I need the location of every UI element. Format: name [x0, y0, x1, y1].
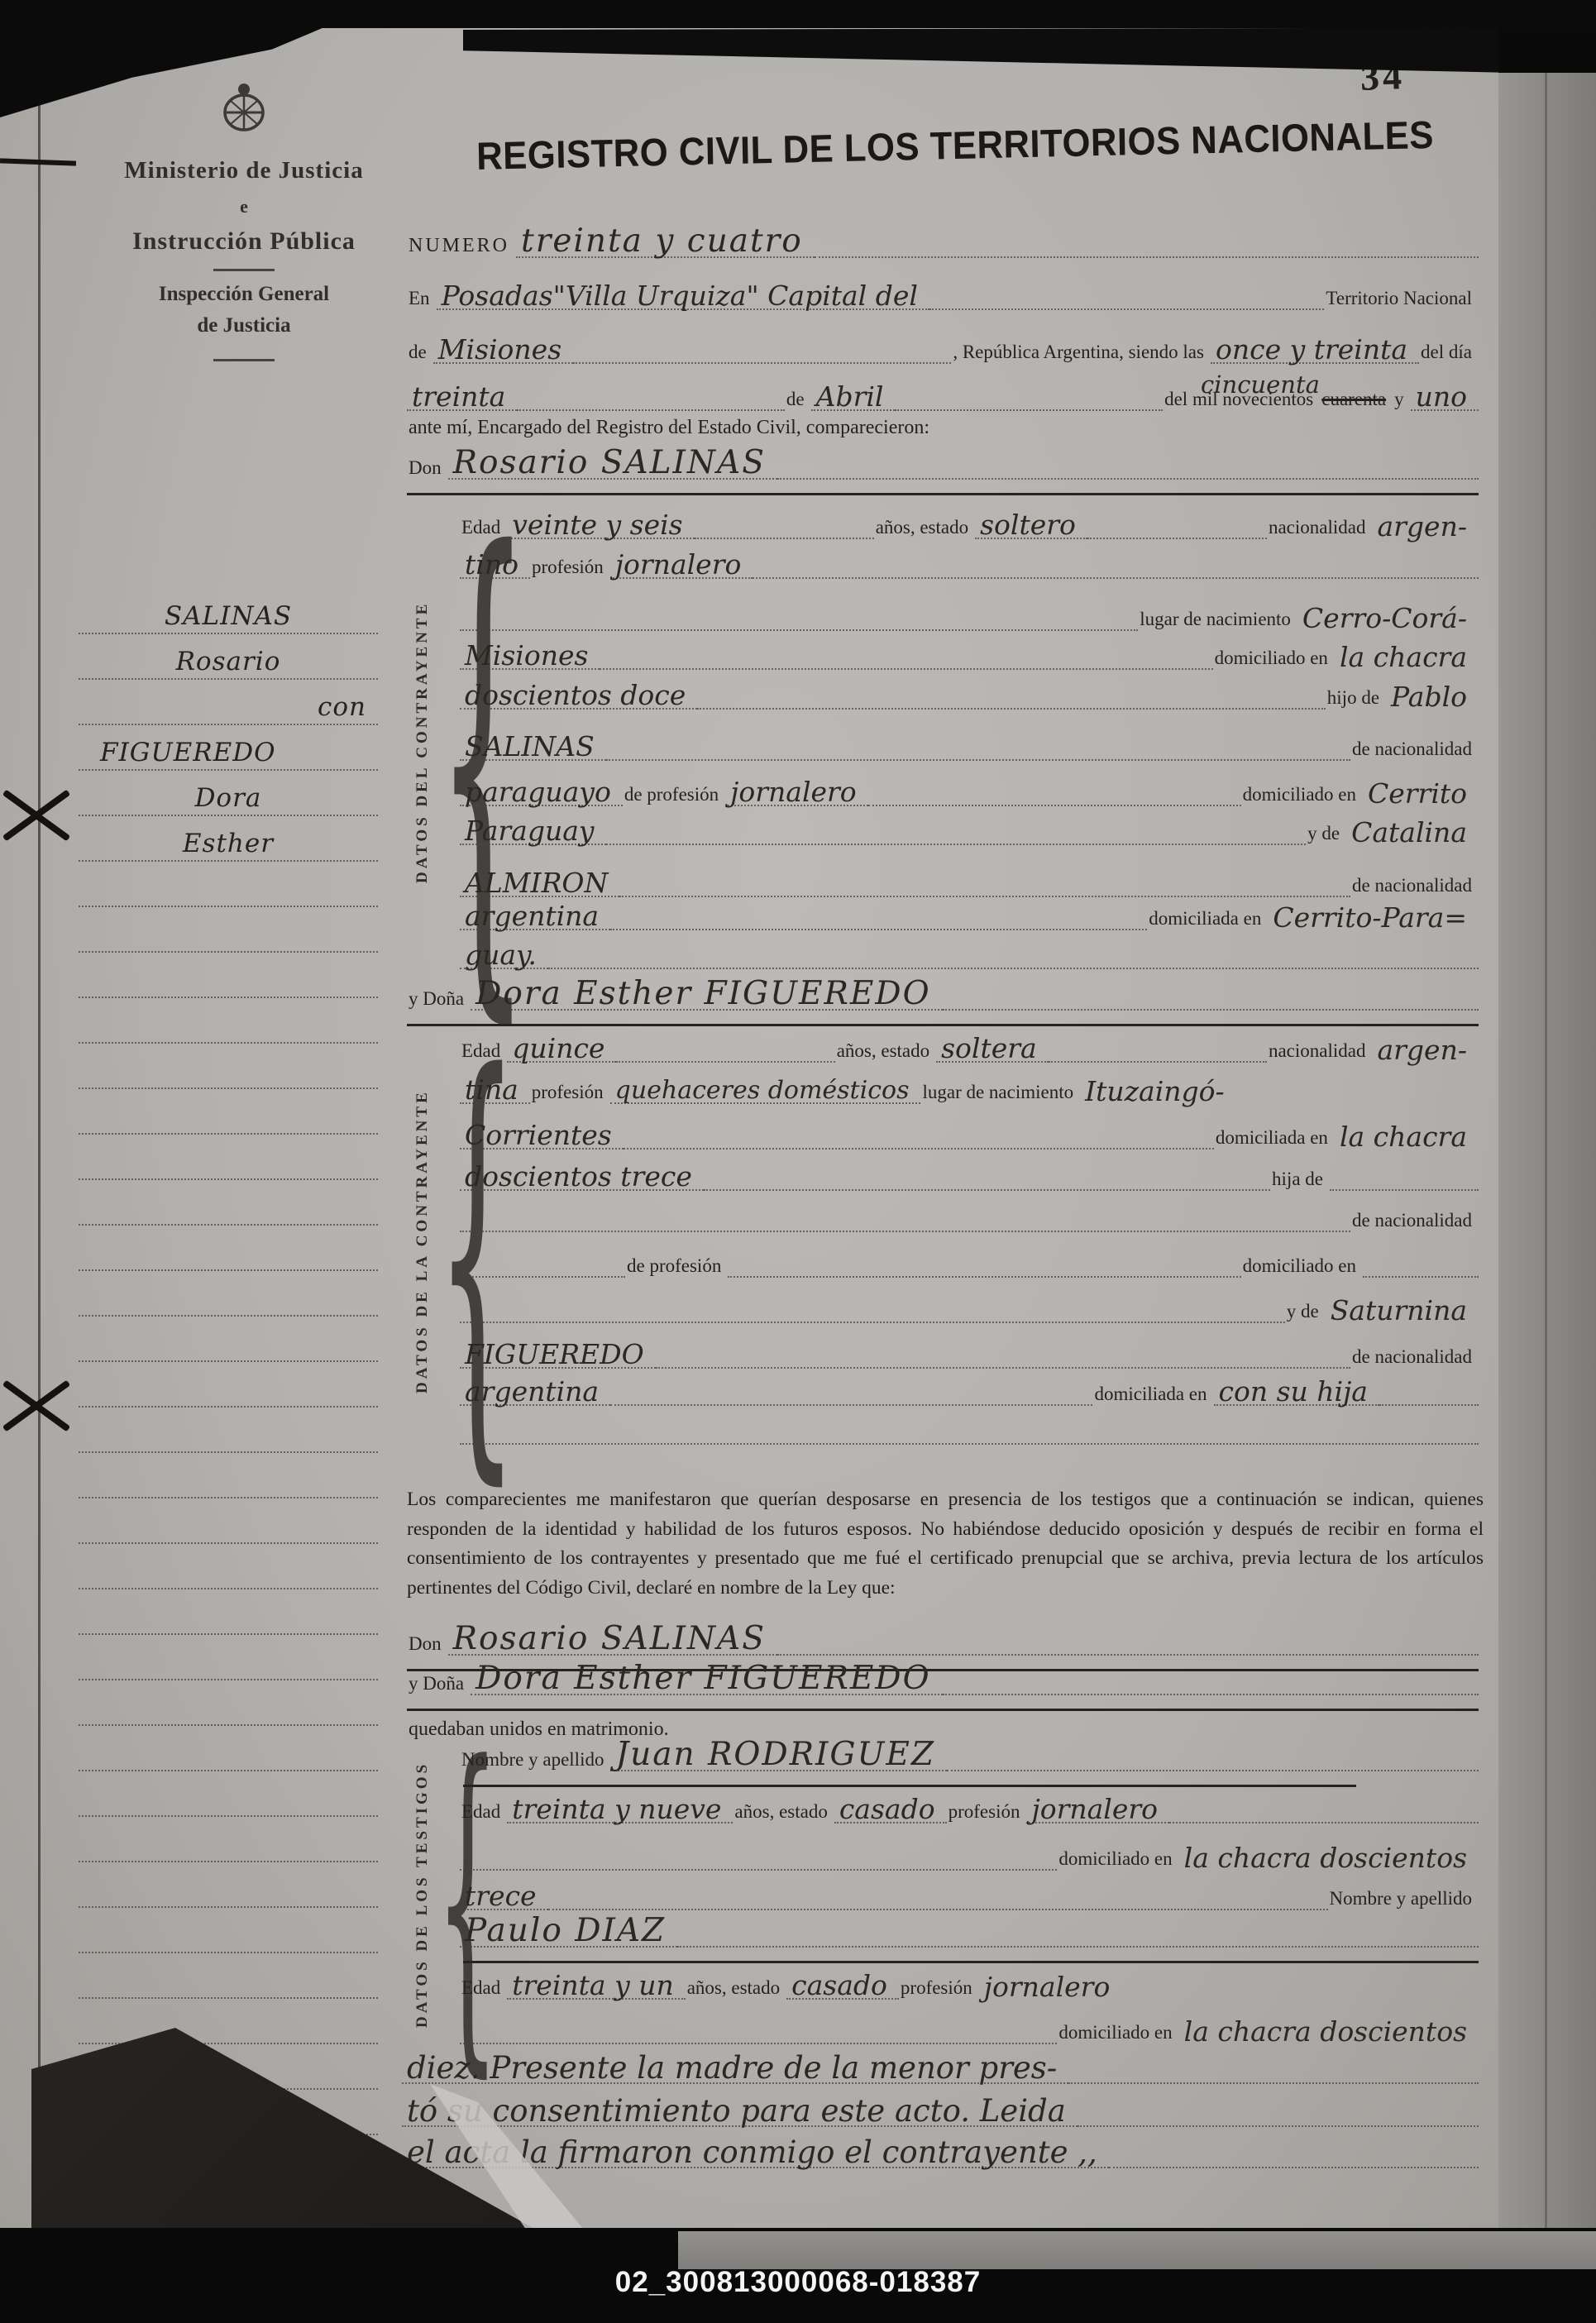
margin-ruled-line	[79, 951, 378, 953]
row-ante-mi: ante mí, Encargado del Registro del Esta…	[407, 402, 1479, 440]
groom-nationality-b: tino	[460, 552, 530, 579]
witness1-name: Juan RODRIGUEZ	[610, 1739, 946, 1771]
edad-label: Edad	[460, 1802, 507, 1824]
domicilio-label: domiciliado en	[1057, 1849, 1178, 1871]
witness1-status: casado	[834, 1796, 947, 1824]
witness1-address-a: la chacra doscientos	[1179, 1845, 1479, 1871]
declaration-bride-name: Dora Esther FIGUEREDO	[471, 1663, 942, 1695]
bride-row-domicilio: Corrientes domiciliada en la chacra	[460, 1110, 1479, 1150]
witness1-age: treinta y nueve	[507, 1796, 733, 1824]
groom-mother-a: Catalina	[1346, 820, 1479, 845]
bride-nationality-a: argen-	[1372, 1037, 1479, 1063]
bride-nationality-b: tina	[460, 1077, 530, 1104]
margin-ruled-line	[79, 1406, 378, 1408]
groom-row-domicilio: Misiones domiciliado en la chacra	[460, 630, 1479, 670]
nac2-label: de nacionalidad	[1350, 739, 1479, 761]
margin-ruled-line	[79, 2134, 378, 2135]
bride-address-a: la chacra	[1335, 1124, 1479, 1150]
father-nationality: paraguayo	[460, 779, 623, 806]
nombre-label: Nombre y apellido	[460, 1750, 610, 1771]
profesion-label: profesión	[899, 1978, 979, 2000]
nacimiento-label: lugar de nacimiento	[1138, 609, 1297, 631]
estado-label: años, estado	[733, 1802, 834, 1824]
declaration-paragraph: Los comparecientes me manifestaron que q…	[407, 1485, 1484, 1603]
inspection-name-2: de Justicia	[79, 314, 409, 337]
republica-label: , República Argentina, siendo las	[951, 342, 1211, 364]
coat-of-arms-icon	[217, 79, 270, 134]
edad-label: Edad	[460, 1978, 507, 2000]
bride-row-hija: doscientos trece hija de	[460, 1151, 1479, 1191]
time-value: once y treinta	[1211, 337, 1419, 364]
bride-row-prof2: de profesión domiciliado en	[460, 1238, 1479, 1278]
bride-status: soltera	[936, 1035, 1049, 1063]
bride-birthplace-b: Corrientes	[460, 1122, 624, 1150]
domicilio-label: domiciliado en	[1213, 648, 1335, 670]
margin-ruled-line	[79, 1497, 378, 1498]
groom-row-profesion: tino profesión jornalero	[460, 539, 1479, 579]
groom-row-edad: Edad veinte y seis años, estado soltero …	[460, 499, 1479, 539]
margin-ruled-line	[79, 1224, 378, 1226]
groom-age: veinte y seis	[507, 512, 694, 539]
note-text-2: tó su consentimiento para este acto. Lei…	[402, 2096, 1078, 2127]
estado-label: años, estado	[874, 518, 975, 539]
book-fore-edge	[1498, 73, 1596, 2230]
margin-ruled-line	[79, 1451, 378, 1453]
margin-ruled-line	[79, 724, 378, 725]
bride-row-edad: Edad quince años, estado soltera naciona…	[460, 1023, 1479, 1063]
bride-row-madre-dom: argentina domiciliada en con su hija	[460, 1366, 1479, 1406]
witness1-occupation: jornalero	[1026, 1796, 1169, 1824]
bride-mother-nationality: argentina	[460, 1379, 610, 1406]
bride-mother-address: con su hija	[1214, 1379, 1380, 1406]
groom-birthplace-a: Cerro-Corá-	[1297, 605, 1479, 631]
profesion-label: profesión	[947, 1802, 1027, 1824]
witness2-row-edad: Edad treinta y un años, estado casado pr…	[460, 1960, 1479, 2000]
margin-ruled-line	[79, 997, 378, 998]
margin-ruled-line	[79, 1906, 378, 1908]
margin-ruled-line	[79, 1178, 378, 1180]
nac2-label: de nacionalidad	[1350, 1211, 1479, 1232]
book-bottom-edge	[678, 2231, 1596, 2269]
bride-mother-a: Saturnina	[1326, 1298, 1479, 1323]
row-territory: de Misiones , República Argentina, siend…	[407, 324, 1479, 364]
binding-stitch-cross	[0, 784, 79, 847]
bride-address-b: doscientos trece	[460, 1164, 704, 1191]
scanned-register-page: Ministerio de Justicia e Instrucción Púb…	[0, 0, 1596, 2323]
groom-father-b: SALINAS	[460, 734, 606, 761]
dia-label: del día	[1419, 342, 1479, 364]
groom-address-a: la chacra	[1335, 644, 1479, 670]
row-groom-appearance: Don Rosario SALINAS	[407, 437, 1479, 480]
territorio-label: Territorio Nacional	[1324, 289, 1479, 310]
margin-ruled-line	[79, 1360, 378, 1362]
margin-ruled-line	[79, 860, 378, 862]
inspection-name: Inspección General	[79, 283, 409, 306]
witness2-row-domicilio: domiciliado en la chacra doscientos	[460, 2005, 1479, 2044]
declaration-groom-name: Rosario SALINAS	[448, 1623, 777, 1656]
bride-row-empty	[460, 1405, 1479, 1445]
page-edge-line	[1545, 73, 1547, 2230]
letterhead-divider	[213, 269, 275, 271]
groom-birthplace-b: Misiones	[460, 643, 600, 670]
margin-ruled-line	[79, 1269, 378, 1271]
row-bride-appearance: y Doña Dora Esther FIGUEREDO	[407, 964, 1479, 1011]
photo-reference-number: 02_300813000068-018387	[496, 2266, 1100, 2299]
binding-stitch-cross	[0, 1374, 79, 1437]
binding-fold-line	[38, 25, 41, 2228]
letterhead: Ministerio de Justicia e Instrucción Púb…	[79, 79, 409, 373]
bride-row-madre: y de Saturnina	[460, 1283, 1479, 1323]
margin-ruled-line	[79, 1861, 378, 1862]
heavy-rule	[407, 493, 1479, 495]
hijo-label: hijo de	[1326, 688, 1386, 710]
nacionalidad-label: nacionalidad	[1267, 518, 1373, 539]
note-line-3: el acta la firmaron conmigo el contrayen…	[402, 2124, 1479, 2168]
nacimiento-label: lugar de nacimiento	[920, 1083, 1080, 1104]
witnesses-section-side-label: DATOS DE LOS TESTIGOS	[413, 1728, 437, 2061]
groom-father-a: Pablo	[1386, 684, 1479, 710]
bride-row-nac2: de nacionalidad	[460, 1193, 1479, 1232]
groom-row-padre: SALINAS de nacionalidad	[460, 721, 1479, 761]
row-place: En Posadas"Villa Urquiza" Capital del Te…	[407, 270, 1479, 310]
margin-ruled-line	[79, 1042, 378, 1044]
decade-correction-value: cincuenta	[1201, 370, 1320, 399]
estado-label: años, estado	[835, 1041, 936, 1063]
margin-ruled-line	[79, 633, 378, 634]
ministry-conjunction: e	[79, 196, 409, 217]
margin-ruled-line	[79, 678, 378, 680]
bride-name: Dora Esther FIGUEREDO	[471, 978, 942, 1011]
margin-ruled-line	[79, 1815, 378, 1817]
margin-ruled-line	[79, 769, 378, 771]
note-text-3: el acta la firmaron conmigo el contrayen…	[402, 2138, 1109, 2168]
margin-ruled-line	[79, 1133, 378, 1135]
dom2-label: domiciliado en	[1241, 1256, 1363, 1278]
margin-ruled-line	[79, 1679, 378, 1680]
bride-birthplace-a: Ituzaingó-	[1080, 1078, 1236, 1104]
groom-row-madre-dom: argentina domiciliada en Cerrito-Para=	[460, 891, 1479, 930]
domicilio-label: domiciliada en	[1214, 1128, 1335, 1150]
mother-nationality: argentina	[460, 903, 610, 930]
margin-ruled-line	[79, 1724, 378, 1726]
margin-ruled-line	[79, 1087, 378, 1089]
margin-ruled-line	[79, 1542, 378, 1544]
groom-status: soltero	[975, 512, 1087, 539]
father-address-b: Paraguay	[460, 818, 606, 845]
margin-ruled-line	[79, 2043, 378, 2044]
margin-ruled-line	[79, 1770, 378, 1771]
groom-row-nacimiento: lugar de nacimiento Cerro-Corá-	[460, 591, 1479, 631]
margin-ruled-line	[79, 815, 378, 816]
witness2-age: treinta y un	[507, 1972, 685, 2000]
ministry-name: Ministerio de Justicia	[79, 157, 409, 184]
note-line-1: diez. Presente la madre de la menor pres…	[402, 2039, 1479, 2084]
father-occupation: jornalero	[725, 779, 868, 806]
hija-label: hija de	[1270, 1169, 1330, 1191]
ministry-name-2: Instrucción Pública	[79, 227, 409, 256]
margin-rules	[79, 633, 378, 2179]
dom2-label: domiciliado en	[1241, 785, 1363, 806]
numero-value: treinta y cuatro	[516, 226, 815, 258]
numero-label: NUMERO	[407, 236, 516, 258]
dom3-label: domiciliada en	[1092, 1384, 1213, 1406]
estado-label: años, estado	[686, 1978, 786, 2000]
yde-label: y de	[1306, 824, 1346, 845]
territory-value: Misiones	[433, 337, 573, 364]
witness1-row-domicilio: domiciliado en la chacra doscientos	[460, 1831, 1479, 1871]
groom-row-hijo: doscientos doce hijo de Pablo	[460, 670, 1479, 710]
witness2-status: casado	[786, 1972, 899, 2000]
en-label: En	[407, 289, 437, 310]
margin-ruled-line	[79, 1315, 378, 1317]
margin-ruled-line	[79, 1997, 378, 1999]
father-address-a: Cerrito	[1363, 781, 1479, 806]
margin-ruled-line	[79, 1588, 378, 1589]
row-declaration-groom: Don Rosario SALINAS	[407, 1613, 1479, 1656]
bride-section-side-label: DATOS DE LA CONTRAYENTE	[413, 1025, 437, 1457]
bride-row-madre-b: FIGUEREDO de nacionalidad	[460, 1329, 1479, 1369]
witness2-occupation: jornalero	[979, 1974, 1122, 2000]
witness1-row-name: Nombre y apellido Juan RODRIGUEZ	[460, 1728, 1479, 1771]
witness2-row-name: Paulo DIAZ	[460, 1905, 1479, 1948]
margin-index-givenname-groom: Rosario	[79, 647, 378, 676]
margin-index-givenname2-bride: Esther	[79, 829, 378, 858]
groom-row-madre-dom-b: guay.	[460, 930, 1479, 969]
yde-label: y de	[1285, 1302, 1326, 1323]
edad-label: Edad	[460, 1041, 507, 1063]
row-declaration-bride: y Doña Dora Esther FIGUEREDO	[407, 1652, 1479, 1695]
bride-age: quince	[507, 1035, 616, 1063]
bride-occupation: quehaceres domésticos	[610, 1079, 921, 1105]
mother-address-a: Cerrito-Para=	[1268, 905, 1479, 930]
nacionalidad-label: nacionalidad	[1267, 1041, 1373, 1063]
place-value: Posadas"Villa Urquiza" Capital del	[437, 283, 929, 310]
groom-nationality-a: argen-	[1372, 514, 1479, 539]
groom-address-b: doscientos doce	[460, 682, 697, 710]
groom-row-madre: Paraguay y de Catalina	[460, 805, 1479, 845]
profesion-label: profesión	[530, 1083, 610, 1104]
margin-ruled-line	[79, 2088, 378, 2090]
groom-occupation: jornalero	[610, 552, 753, 579]
witness1-row-edad: Edad treinta y nueve años, estado casado…	[460, 1784, 1479, 1824]
margin-index-con: con	[79, 692, 378, 722]
bride-row-profesion: tina profesión quehaceres domésticos lug…	[460, 1064, 1479, 1104]
groom-row-padre-prof: paraguayo de profesión jornalero domicil…	[460, 767, 1479, 806]
bride-mother-b: FIGUEREDO	[460, 1341, 656, 1369]
letterhead-divider	[213, 359, 275, 361]
profesion-label: profesión	[530, 557, 610, 579]
de-label: de	[407, 342, 433, 364]
groom-section-side-label: DATOS DEL CONTRAYENTE	[413, 499, 437, 984]
dom3-label: domiciliada en	[1147, 909, 1268, 930]
margin-index-surname-groom: SALINAS	[79, 601, 378, 631]
margin-ruled-line	[79, 906, 378, 907]
witness2-name: Paulo DIAZ	[460, 1915, 677, 1948]
prof2-label: de profesión	[623, 785, 725, 806]
margin-index-surname-bride: FIGUEREDO	[79, 738, 378, 767]
margin-index-givenname-bride: Dora	[79, 783, 378, 813]
edad-label: Edad	[460, 518, 507, 539]
note-line-2: tó su consentimiento para este acto. Lei…	[402, 2082, 1479, 2127]
margin-ruled-line	[79, 1952, 378, 1953]
prof2-label: de profesión	[625, 1256, 728, 1278]
row-numero: NUMERO treinta y cuatro	[407, 218, 1479, 258]
note-text-1: diez. Presente la madre de la menor pres…	[402, 2053, 1068, 2084]
margin-ruled-line	[79, 1633, 378, 1635]
